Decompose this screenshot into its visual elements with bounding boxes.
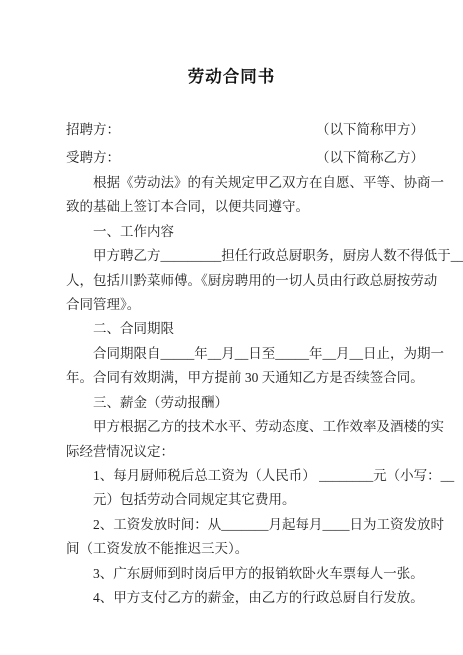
section-heading-salary: 三、薪金（劳动报酬） <box>66 391 463 415</box>
party-abbrev-yifang: （以下简称乙方） <box>316 144 424 172</box>
party-label-recruiter: 招聘方： <box>66 116 120 144</box>
document-line: 3、广东厨师到时岗后甲方的报销软卧火车票每人一张。 <box>66 562 463 586</box>
document-line: 4、甲方支付乙方的薪金，由乙方的行政总厨自行发放。 <box>66 586 463 610</box>
section-heading-work-content: 一、工作内容 <box>66 220 463 244</box>
document-line: 根据《劳动法》的有关规定甲乙双方在自愿、平等、协商一 <box>66 171 463 195</box>
document-line: 际经营情况议定： <box>66 440 463 464</box>
party-row-yifang: 受聘方： （以下简称乙方） <box>66 144 424 172</box>
contract-page: 劳动合同书 招聘方： （以下简称甲方） 受聘方： （以下简称乙方） 根据《劳动法… <box>0 0 463 655</box>
document-line: 合同期限自_____年__月__日至_____年__月__日止，为期一 <box>66 342 463 366</box>
party-label-employee: 受聘方： <box>66 144 120 172</box>
document-line: 2、工资发放时间：从_______月起每月____日为工资发放时 <box>66 513 463 537</box>
document-line: 致的基础上签订本合同，以便共同遵守。 <box>66 195 463 219</box>
document-line: 间（工资发放不能推迟三天）。 <box>66 537 463 561</box>
document-line: 人，包括川黔菜师傅。《厨房聘用的一切人员由行政总厨按劳动 <box>66 269 463 293</box>
document-line: 合同管理》。 <box>66 293 463 317</box>
document-line: 年。合同有效期满，甲方提前 30 天通知乙方是否续签合同。 <box>66 366 463 390</box>
section-heading-contract-term: 二、合同期限 <box>66 317 463 341</box>
document-line: 甲方聘乙方_________担任行政总厨职务，厨房人数不得低于__ <box>66 244 463 268</box>
document-title: 劳动合同书 <box>0 61 463 93</box>
party-abbrev-jiafang: （以下简称甲方） <box>316 116 424 144</box>
document-body: 招聘方： （以下简称甲方） 受聘方： （以下简称乙方） 根据《劳动法》的有关规定… <box>0 116 463 610</box>
document-line: 甲方根据乙方的技术水平、劳动态度、工作效率及酒楼的实 <box>66 415 463 439</box>
document-line: 元）包括劳动合同规定其它费用。 <box>66 488 463 512</box>
document-line: 1、每月厨师税后总工资为（人民币） ________元（小写：__ <box>66 464 463 488</box>
party-row-jiafang: 招聘方： （以下简称甲方） <box>66 116 424 144</box>
